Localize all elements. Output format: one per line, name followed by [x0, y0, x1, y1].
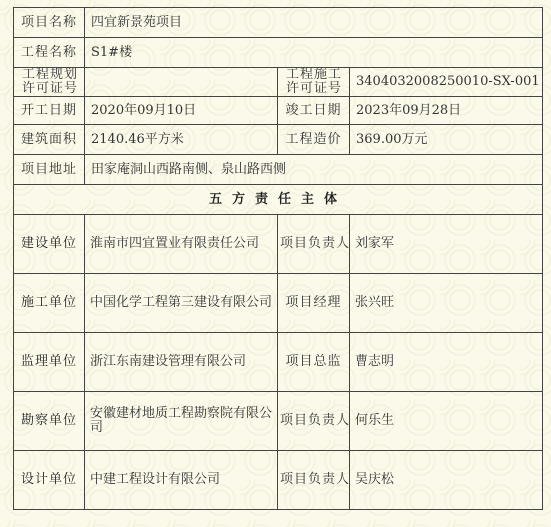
row-engineering-name: 工程名称 S1#楼: [14, 38, 543, 68]
floor-area-value: 2140.46平方米: [85, 125, 278, 155]
party-person: 张兴旺: [350, 274, 543, 333]
party-person: 刘家军: [350, 215, 543, 274]
party-role: 项目经理: [278, 274, 350, 333]
row-dates: 开工日期 2020年09月10日 竣工日期 2023年09月28日: [14, 97, 543, 125]
party-row-survey: 勘察单位 安徽建材地质工程勘察院有限公司 项目负责人 何乐生: [14, 392, 543, 451]
party-type: 建设单位: [14, 215, 85, 274]
row-project-name: 项目名称 四宜新景苑项目: [14, 8, 543, 38]
completion-date-value: 2023年09月28日: [350, 97, 543, 125]
party-company: 安徽建材地质工程勘察院有限公司: [85, 392, 278, 451]
party-row-supervisor: 监理单位 浙江东南建设管理有限公司 项目总监 曹志明: [14, 333, 543, 392]
cost-value: 369.00万元: [350, 125, 543, 155]
planning-permit-value: [85, 68, 278, 97]
party-company: 淮南市四宜置业有限责任公司: [85, 215, 278, 274]
party-role: 项目总监: [278, 333, 350, 392]
engineering-name-value: S1#楼: [85, 38, 543, 68]
engineering-name-label: 工程名称: [14, 38, 85, 68]
planning-permit-label: 工程规划许可证号: [14, 68, 85, 97]
party-type: 设计单位: [14, 451, 85, 510]
party-company: 中国化学工程第三建设有限公司: [85, 274, 278, 333]
party-role: 项目负责人: [278, 215, 350, 274]
floor-area-label: 建筑面积: [14, 125, 85, 155]
party-row-design: 设计单位 中建工程设计有限公司 项目负责人 吴庆松: [14, 451, 543, 510]
party-person: 曹志明: [350, 333, 543, 392]
party-role: 项目负责人: [278, 392, 350, 451]
row-area-cost: 建筑面积 2140.46平方米 工程造价 369.00万元: [14, 125, 543, 155]
start-date-value: 2020年09月10日: [85, 97, 278, 125]
project-info-table: 项目名称 四宜新景苑项目 工程名称 S1#楼 工程规划许可证号 工程施工许可证号…: [13, 7, 543, 510]
party-person: 何乐生: [350, 392, 543, 451]
party-type: 施工单位: [14, 274, 85, 333]
row-address: 项目地址 田家庵洞山西路南侧、泉山路西侧: [14, 155, 543, 185]
party-company: 浙江东南建设管理有限公司: [85, 333, 278, 392]
cost-label: 工程造价: [278, 125, 350, 155]
address-label: 项目地址: [14, 155, 85, 185]
construction-permit-value: 3404032008250010-SX-001: [350, 68, 543, 97]
start-date-label: 开工日期: [14, 97, 85, 125]
party-type: 监理单位: [14, 333, 85, 392]
project-name-value: 四宜新景苑项目: [85, 8, 543, 38]
party-company: 中建工程设计有限公司: [85, 451, 278, 510]
party-row-construction-owner: 建设单位 淮南市四宜置业有限责任公司 项目负责人 刘家军: [14, 215, 543, 274]
section-title: 五方责任主体: [14, 185, 543, 215]
party-row-contractor: 施工单位 中国化学工程第三建设有限公司 项目经理 张兴旺: [14, 274, 543, 333]
party-person: 吴庆松: [350, 451, 543, 510]
party-type: 勘察单位: [14, 392, 85, 451]
address-value: 田家庵洞山西路南侧、泉山路西侧: [85, 155, 543, 185]
row-permits: 工程规划许可证号 工程施工许可证号 3404032008250010-SX-00…: [14, 68, 543, 97]
construction-permit-label: 工程施工许可证号: [278, 68, 350, 97]
row-section-title: 五方责任主体: [14, 185, 543, 215]
completion-date-label: 竣工日期: [278, 97, 350, 125]
project-name-label: 项目名称: [14, 8, 85, 38]
party-role: 项目负责人: [278, 451, 350, 510]
